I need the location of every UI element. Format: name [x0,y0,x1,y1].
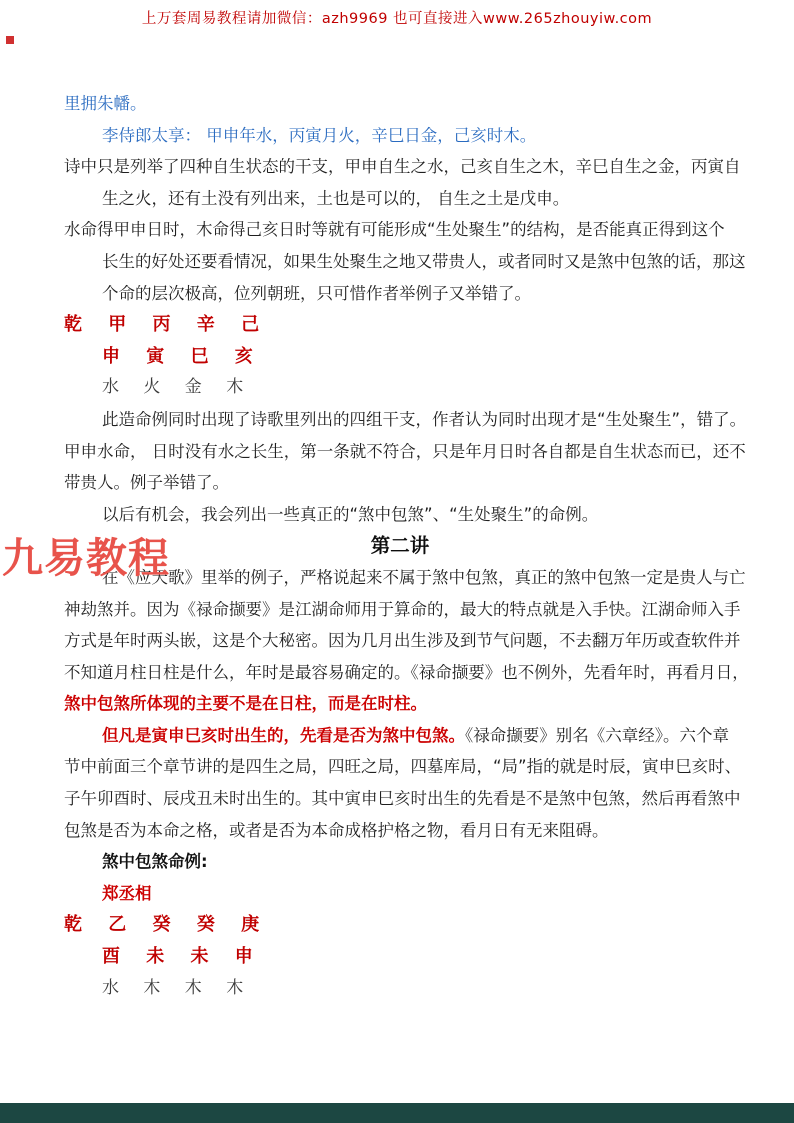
example-person-name: 郑丞相 [64,878,736,910]
page-bottom-bar [0,1103,794,1123]
plain-segment: 《禄命撷要》别名《六章经》。六个章 [465,726,729,745]
bazi-branch-row: 酉 未 未 申 [64,941,736,973]
watermark-logo: 九易教程 [2,538,170,579]
bazi-branch-row: 申 寅 巳 亥 [64,341,736,373]
mixed-emphasis-line: 但凡是寅申巳亥时出生的，先看是否为煞中包煞。《禄命撷要》别名《六章经》。六个章 [64,720,736,752]
document-page: 上万套周易教程请加微信：azh9969 也可直接进入www.265zhouyiw… [0,0,794,1123]
paragraph-line: 长生的好处还要看情况，如果生处聚生之地又带贵人，或者同时又是煞中包煞的话，那这 [64,246,736,278]
quote-line: 里拥朱幡。 [64,88,736,120]
paragraph-line: 个命的层次极高，位列朝班，只可惜作者举例子又举错了。 [64,278,736,310]
piracy-notice-header: 上万套周易教程请加微信：azh9969 也可直接进入www.265zhouyiw… [0,7,794,28]
paragraph-line: 此造命例同时出现了诗歌里列出的四组干支，作者认为同时出现才是“生处聚生”，错了。 [64,404,736,436]
paragraph-line: 水命得甲申日时，木命得己亥日时等就有可能形成“生处聚生”的结构，是否能真正得到这… [64,214,736,246]
paragraph-line: 生之火，还有土没有列出来，土也是可以的， 自生之土是戊申。 [64,183,736,215]
nayin-element-row: 水 火 金 木 [64,372,736,404]
paragraph-line: 包煞是否为本命之格，或者是否为本命成格护格之物，看月日有无来阻碍。 [64,815,736,847]
paragraph-line: 方式是年时两头嵌，这是个大秘密。因为几月出生涉及到节气问题，不去翻万年历或查软件… [64,625,736,657]
example-section-label: 煞中包煞命例: [64,846,736,878]
paragraph-line: 诗中只是列举了四种自生状态的干支，甲申自生之水，己亥自生之木，辛巳自生之金，丙寅… [64,151,736,183]
bazi-stem-row: 乾 乙 癸 癸 庚 [64,909,736,941]
red-marker-dot [6,36,14,44]
bazi-stem-row: 乾 甲 丙 辛 己 [64,309,736,341]
paragraph-line: 甲申水命， 日时没有水之长生，第一条就不符合，只是年月日时各自都是自生状态而已，… [64,436,736,468]
poem-attribution-line: 李侍郎太享： 甲申年水，丙寅月火，辛巳日金，己亥时木。 [64,120,736,152]
nayin-element-row: 水 木 木 木 [64,973,736,1005]
paragraph-line: 不知道月柱日柱是什么，年时是最容易确定的。《禄命撷要》也不例外，先看年时，再看月… [64,657,736,689]
emphasis-red-line: 煞中包煞所体现的主要不是在日柱，而是在时柱。 [64,688,736,720]
emphasis-red-segment: 但凡是寅申巳亥时出生的，先看是否为煞中包煞。 [102,726,465,745]
paragraph-line: 带贵人。例子举错了。 [64,467,736,499]
paragraph-line: 以后有机会，我会列出一些真正的“煞中包煞”、“生处聚生”的命例。 [64,499,736,531]
paragraph-line: 节中前面三个章节讲的是四生之局，四旺之局，四墓库局，“局”指的就是时辰，寅申巳亥… [64,751,736,783]
paragraph-line: 子午卯酉时、辰戌丑未时出生的。其中寅申巳亥时出生的先看是不是煞中包煞，然后再看煞… [64,783,736,815]
paragraph-line: 神劫煞并。因为《禄命撷要》是江湖命师用于算命的，最大的特点就是入手快。江湖命师入… [64,594,736,626]
